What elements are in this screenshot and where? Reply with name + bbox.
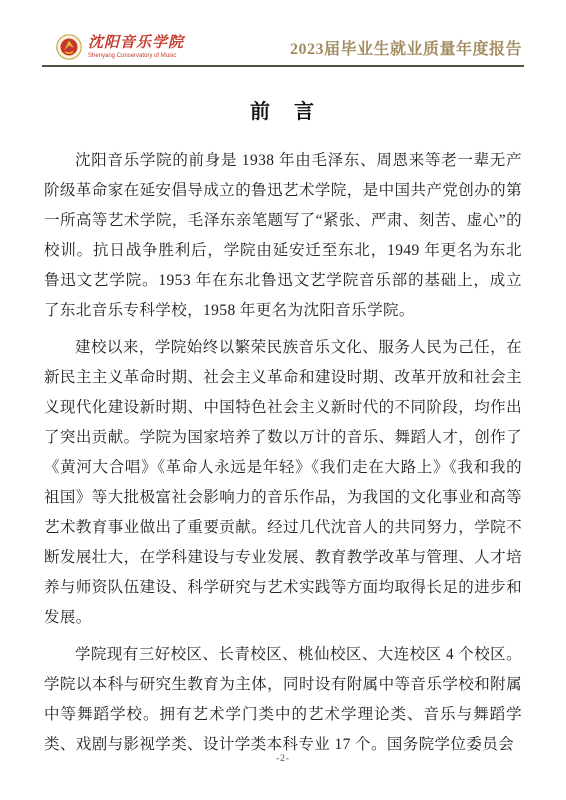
university-seal-icon bbox=[56, 34, 82, 60]
body-content: 沈阳音乐学院的前身是 1938 年由毛泽东、周恩来等老一辈无产阶级革命家在延安倡… bbox=[44, 146, 522, 760]
school-logo: 沈阳音乐学院 Shenyang Conservatory of Music bbox=[56, 34, 184, 60]
school-name-cn: 沈阳音乐学院 bbox=[88, 36, 184, 51]
paragraph: 学院现有三好校区、长青校区、桃仙校区、大连校区 4 个校区。学院以本科与研究生教… bbox=[44, 640, 522, 760]
school-names: 沈阳音乐学院 Shenyang Conservatory of Music bbox=[88, 36, 184, 59]
document-page: 沈阳音乐学院 Shenyang Conservatory of Music 20… bbox=[0, 0, 566, 800]
paragraph: 沈阳音乐学院的前身是 1938 年由毛泽东、周恩来等老一辈无产阶级革命家在延安倡… bbox=[44, 146, 522, 326]
school-name-en: Shenyang Conservatory of Music bbox=[88, 53, 184, 59]
page-header: 沈阳音乐学院 Shenyang Conservatory of Music 20… bbox=[42, 34, 524, 67]
page-title: 前 言 bbox=[0, 95, 566, 124]
page-number: -2- bbox=[0, 754, 566, 764]
report-title: 2023届毕业生就业质量年度报告 bbox=[290, 36, 522, 59]
paragraph: 建校以来，学院始终以繁荣民族音乐文化、服务人民为己任，在新民主主义革命时期、社会… bbox=[44, 333, 522, 633]
